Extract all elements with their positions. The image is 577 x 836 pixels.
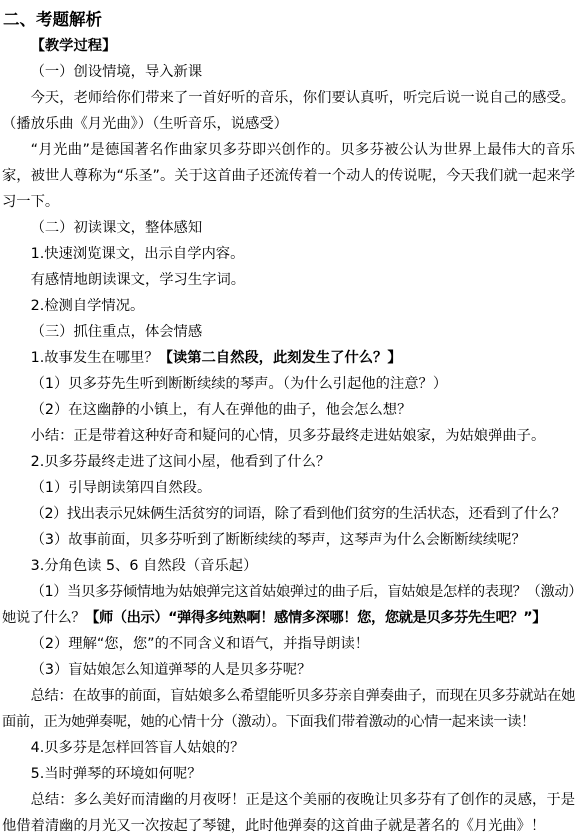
paragraph: （1）引导朗读第四自然段。 [2,475,575,501]
bold-text-segment: 【师（出示）“弹得多纯熟啊！感情多深哪！您，您就是贝多芬先生吧？”】 [85,610,546,626]
paragraph: （1）贝多芬先生听到断断续续的琴声。（为什么引起他的注意？） [2,371,575,397]
paragraph: （一）创设情境，导入新课 [2,59,575,85]
text-segment: 1.故事发生在哪里？ [31,350,159,366]
paragraph: 【教学过程】 [2,33,575,59]
paragraph: 3.分角色读 5、6 自然段（音乐起） [2,553,575,579]
paragraph: 小结：正是带着这种好奇和疑问的心情，贝多芬最终走进姑娘家，为姑娘弹曲子。 [2,423,575,449]
paragraph: （三）抓住重点，体会情感 [2,319,575,345]
document-page: 二、考题解析 【教学过程】（一）创设情境，导入新课今天，老师给你们带来了一首好听… [0,0,577,836]
paragraph: 总结：在故事的前面，盲姑娘多么希望能听贝多芬亲自弹奏曲子，而现在贝多芬就站在她面… [2,683,575,735]
text-segment: 4.贝多芬是怎样回答盲人姑娘的？ [31,740,245,756]
paragraph: （2）找出表示兄妹俩生活贫穷的词语，除了看到他们贫穷的生活状态，还看到了什么？ [2,501,575,527]
document-body: 【教学过程】（一）创设情境，导入新课今天，老师给你们带来了一首好听的音乐，你们要… [2,33,575,836]
text-segment: 3.分角色读 5、6 自然段（音乐起） [31,558,258,574]
text-segment: 总结：多么美好而清幽的月夜呀！正是这个美丽的夜晚让贝多芬有了创作的灵感，于是他借… [2,792,575,834]
paragraph: 今天，老师给你们带来了一首好听的音乐，你们要认真听，听完后说一说自己的感受。（播… [2,85,575,137]
paragraph: “月光曲”是德国著名作曲家贝多芬即兴创作的。贝多芬被公认为世界上最伟大的音乐家，… [2,137,575,215]
paragraph: 1.故事发生在哪里？【读第二自然段，此刻发生了什么？】 [2,345,575,371]
paragraph: （3）故事前面，贝多芬听到了断断续续的琴声，这琴声为什么会断断续续呢？ [2,527,575,553]
text-segment: （3）故事前面，贝多芬听到了断断续续的琴声，这琴声为什么会断断续续呢？ [31,532,526,548]
text-segment: （1）引导朗读第四自然段。 [31,480,212,496]
text-segment: 5.当时弹琴的环境如何呢？ [31,766,202,782]
document-title: 二、考题解析 [3,6,575,33]
paragraph: （二）初读课文，整体感知 [2,215,575,241]
paragraph: （1）当贝多芬倾情地为姑娘弹完这首姑娘弹过的曲子后，盲姑娘是怎样的表现？（激动）… [2,579,575,631]
text-segment: （2）理解“您，您”的不同含义和语气，并指导朗读！ [31,636,369,652]
text-segment: （二）初读课文，整体感知 [31,220,203,236]
text-segment: 有感情地朗读课文，学习生字词。 [31,272,245,288]
text-segment: 小结：正是带着这种好奇和疑问的心情，贝多芬最终走进姑娘家，为姑娘弹曲子。 [31,428,546,444]
text-segment: （1）贝多芬先生听到断断续续的琴声。（为什么引起他的注意？） [31,376,448,392]
paragraph: 2.检测自学情况。 [2,293,575,319]
paragraph: 2.贝多芬最终走进了这间小屋，他看到了什么？ [2,449,575,475]
text-segment: 2.检测自学情况。 [31,298,145,314]
paragraph: 5.当时弹琴的环境如何呢？ [2,761,575,787]
text-segment: 2.贝多芬最终走进了这间小屋，他看到了什么？ [31,454,331,470]
bold-text-segment: 【教学过程】 [31,38,117,54]
paragraph: 有感情地朗读课文，学习生字词。 [2,267,575,293]
paragraph: 1.快速浏览课文，出示自学内容。 [2,241,575,267]
text-segment: 总结：在故事的前面，盲姑娘多么希望能听贝多芬亲自弹奏曲子，而现在贝多芬就站在她面… [2,688,575,730]
text-segment: 今天，老师给你们带来了一首好听的音乐，你们要认真听，听完后说一说自己的感受。（播… [2,90,575,132]
paragraph: （3）盲姑娘怎么知道弹琴的人是贝多芬呢？ [2,657,575,683]
text-segment: （一）创设情境，导入新课 [31,64,203,80]
paragraph: （2）理解“您，您”的不同含义和语气，并指导朗读！ [2,631,575,657]
paragraph: （2）在这幽静的小镇上，有人在弹他的曲子，他会怎么想？ [2,397,575,423]
bold-text-segment: 【读第二自然段，此刻发生了什么？】 [159,350,402,366]
text-segment: “月光曲”是德国著名作曲家贝多芬即兴创作的。贝多芬被公认为世界上最伟大的音乐家，… [2,142,575,210]
text-segment: （3）盲姑娘怎么知道弹琴的人是贝多芬呢？ [31,662,312,678]
text-segment: （三）抓住重点，体会情感 [31,324,203,340]
paragraph: 4.贝多芬是怎样回答盲人姑娘的？ [2,735,575,761]
text-segment: （2）在这幽静的小镇上，有人在弹他的曲子，他会怎么想？ [31,402,412,418]
text-segment: 1.快速浏览课文，出示自学内容。 [31,246,245,262]
paragraph: 总结：多么美好而清幽的月夜呀！正是这个美丽的夜晚让贝多芬有了创作的灵感，于是他借… [2,787,575,836]
text-segment: （2）找出表示兄妹俩生活贫穷的词语，除了看到他们贫穷的生活状态，还看到了什么？ [31,506,566,522]
